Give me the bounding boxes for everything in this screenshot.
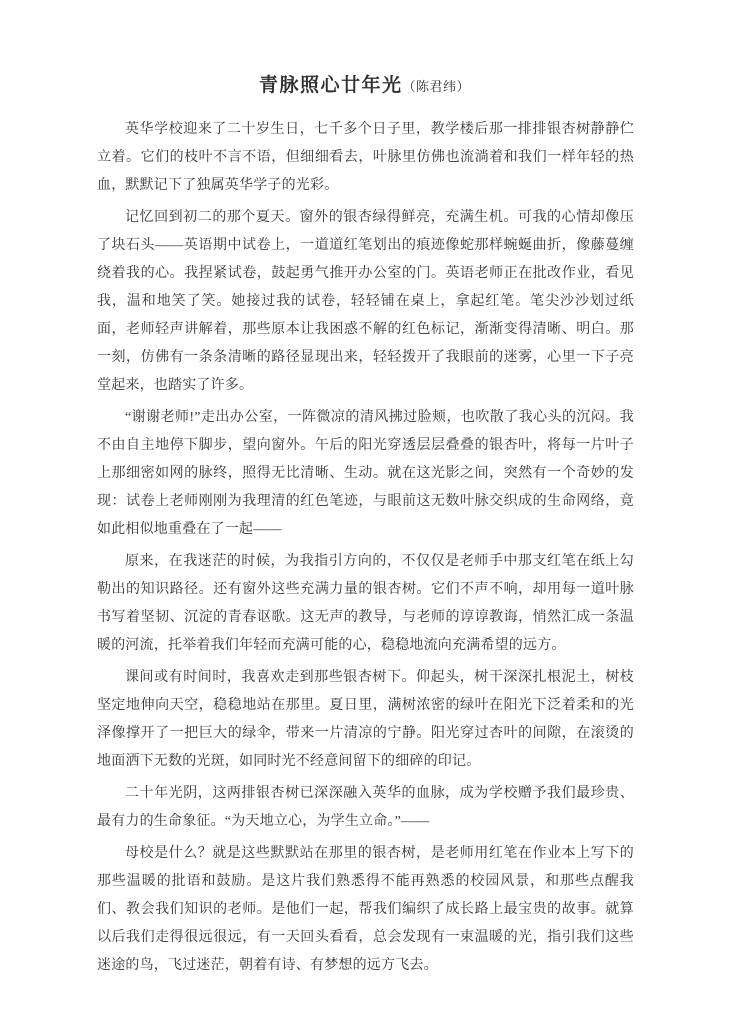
paragraph-3: “谢谢老师!”走出办公室，一阵微凉的清风拂过脸颊，也吹散了我心头的沉闷。我不由自… <box>97 404 634 544</box>
essay-author: （陈君纬） <box>403 79 471 94</box>
paragraph-1: 英华学校迎来了二十岁生日，七千多个日子里，教学楼后那一排排银杏树静静伫立着。它们… <box>97 116 634 200</box>
document-page: 青脉照心廿年光（陈君纬） 英华学校迎来了二十岁生日，七千多个日子里，教学楼后那一… <box>0 0 729 1024</box>
paragraph-4: 原来，在我迷茫的时候，为我指引方向的，不仅仅是老师手中那支红笔在纸上勾勒出的知识… <box>97 548 634 660</box>
paragraph-2: 记忆回到初二的那个夏天。窗外的银杏绿得鲜亮，充满生机。可我的心情却像压了块石头—… <box>97 204 634 400</box>
essay-body: 英华学校迎来了二十岁生日，七千多个日子里，教学楼后那一排排银杏树静静伫立着。它们… <box>97 116 634 980</box>
paragraph-7: 母校是什么？就是这些默默站在那里的银杏树，是老师用红笔在作业本上写下的那些温暖的… <box>97 840 634 980</box>
paragraph-5: 课间或有时间时，我喜欢走到那些银杏树下。仰起头，树干深深扎根泥土，树枝坚定地伸向… <box>97 664 634 776</box>
essay-title: 青脉照心廿年光 <box>259 75 403 96</box>
paragraph-6: 二十年光阴，这两排银杏树已深深融入英华的血脉，成为学校赠予我们最珍贵、最有力的生… <box>97 780 634 836</box>
page-title: 青脉照心廿年光（陈君纬） <box>0 62 729 99</box>
